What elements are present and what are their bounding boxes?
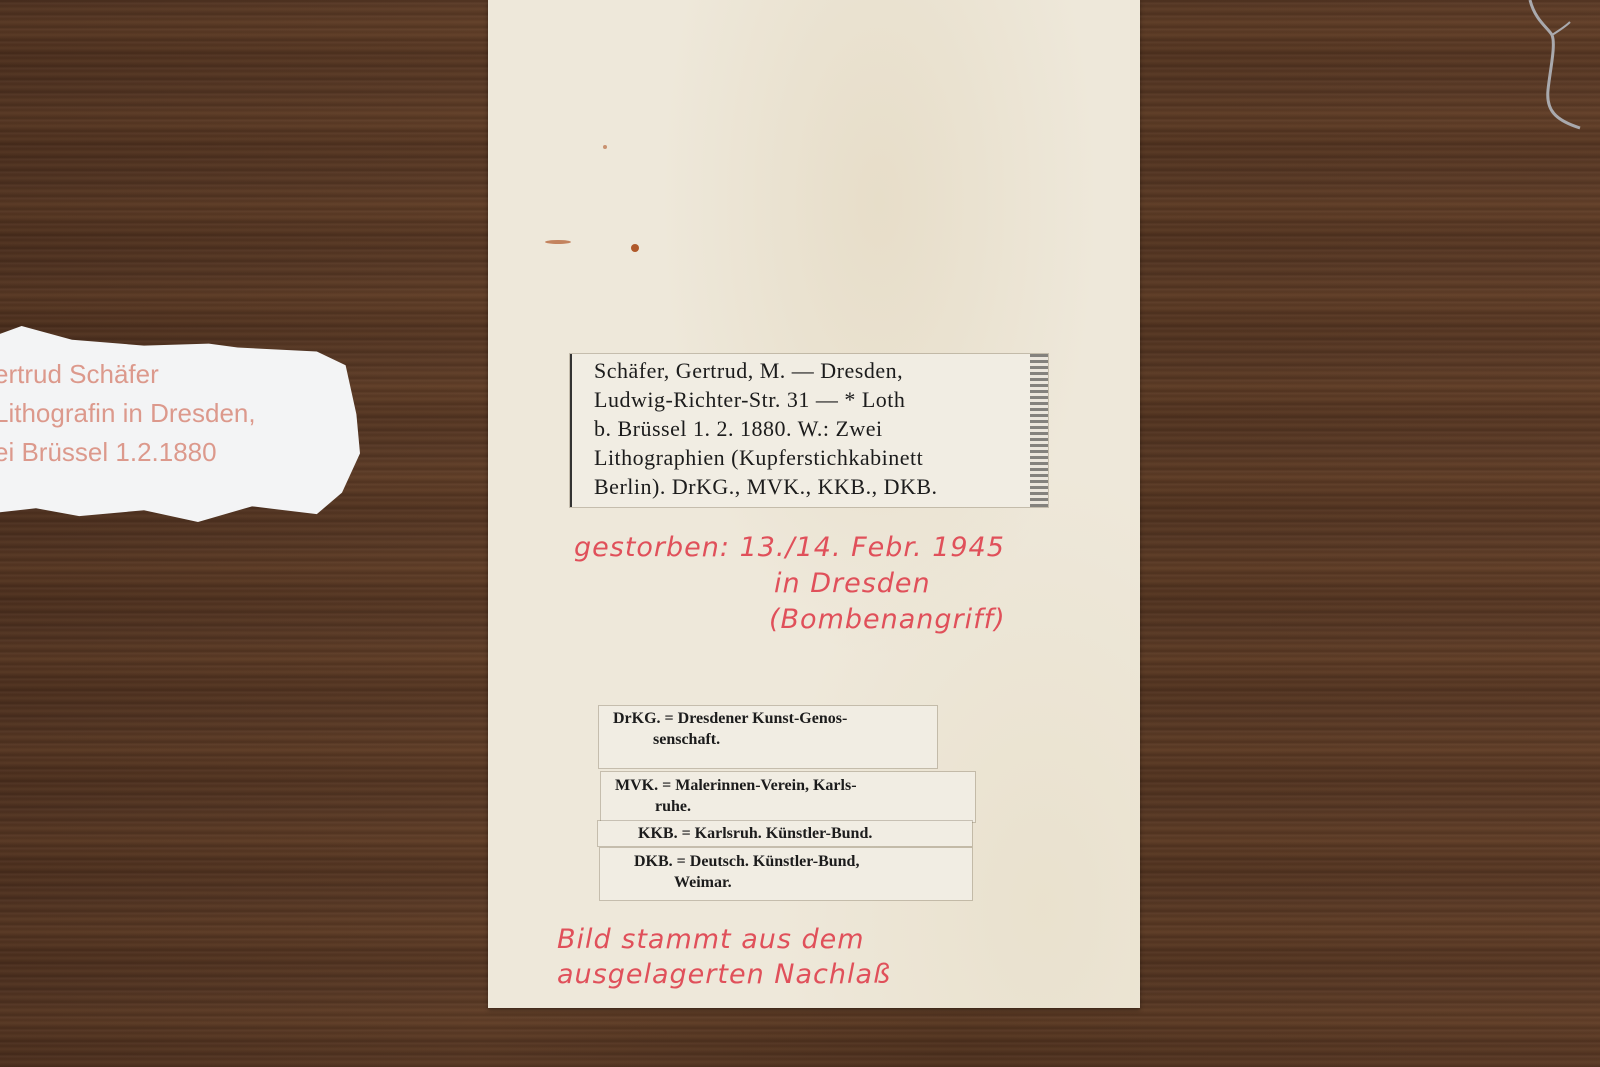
clipping-line: Schäfer, Gertrud, M. — Dresden, <box>594 356 1048 385</box>
abbr-line: Weimar. <box>634 872 972 893</box>
death-line: gestorben: 13./14. Febr. 1945 <box>574 530 1006 566</box>
abbreviation-clipping-mvk: MVK. = Malerinnen-Verein, Karls- ruhe. <box>601 772 975 822</box>
death-line: in Dresden <box>574 566 1006 602</box>
abbr-line: KKB. = Karlsruh. Künstler-Bund. <box>638 823 972 844</box>
abbreviation-clipping-dkb: DKB. = Deutsch. Künstler-Bund, Weimar. <box>600 848 972 900</box>
provenance-line: Bild stammt aus dem <box>557 922 891 957</box>
stain-spot <box>631 244 639 252</box>
clipping-line: Ludwig-Richter-Str. 31 — * Loth <box>594 385 1048 414</box>
death-line: (Bombenangriff) <box>574 602 1006 638</box>
abbr-line: ruhe. <box>615 796 975 817</box>
stamp-line: ei Brüssel 1.2.1880 <box>0 433 256 472</box>
wood-crack <box>1500 0 1600 140</box>
artist-stamp: ertrud Schäfer Lithografin in Dresden, e… <box>0 355 256 472</box>
abbreviation-clipping-drkg: DrKG. = Dresdener Kunst-Genos- senschaft… <box>599 706 937 768</box>
lexicon-clipping: Schäfer, Gertrud, M. — Dresden, Ludwig-R… <box>570 354 1048 507</box>
provenance-line: ausgelagerten Nachlaß <box>557 957 891 992</box>
abbr-line: DrKG. = Dresdener Kunst-Genos- <box>613 708 937 729</box>
abbr-line: MVK. = Malerinnen-Verein, Karls- <box>615 775 975 796</box>
abbr-line: DKB. = Deutsch. Künstler-Bund, <box>634 851 972 872</box>
stain-spot <box>545 240 571 244</box>
stain-spot <box>603 145 607 149</box>
clipping-line: Berlin). DrKG., MVK., KKB., DKB. <box>594 472 1048 501</box>
stamp-line: ertrud Schäfer <box>0 355 256 394</box>
abbreviation-clipping-kkb: KKB. = Karlsruh. Künstler-Bund. <box>598 821 972 846</box>
handwritten-death-note: gestorben: 13./14. Febr. 1945 in Dresden… <box>574 530 1006 638</box>
stamp-line: Lithografin in Dresden, <box>0 394 256 433</box>
abbr-line: senschaft. <box>613 729 937 750</box>
clipping-line: Lithographien (Kupferstichkabinett <box>594 443 1048 472</box>
handwritten-provenance-note: Bild stammt aus dem ausgelagerten Nachla… <box>557 922 891 992</box>
clipping-line: b. Brüssel 1. 2. 1880. W.: Zwei <box>594 414 1048 443</box>
